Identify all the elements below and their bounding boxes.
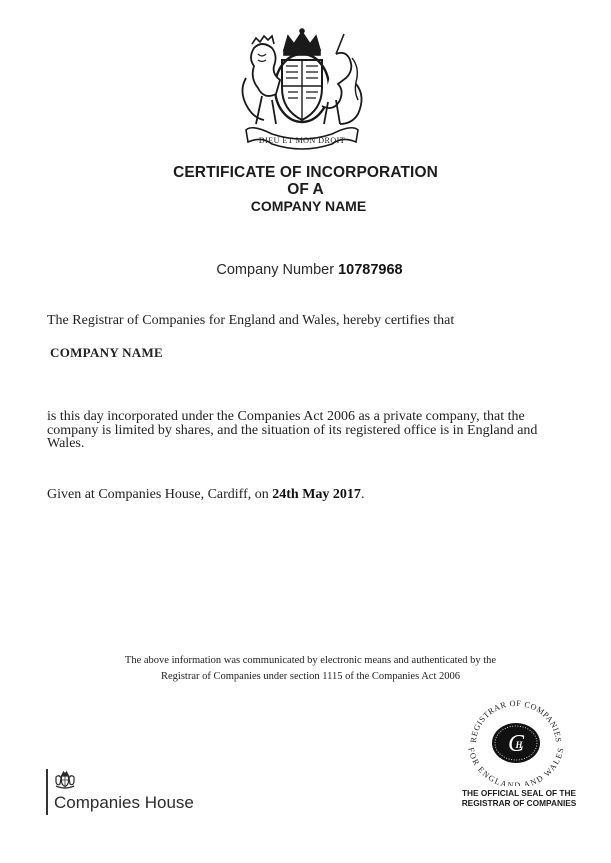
seal-caption-line-2: REGISTRAR OF COMPANIES [455,798,583,808]
svg-text:H: H [514,740,523,750]
logo-text: Companies House [54,793,194,813]
given-statement: Given at Companies House, Cardiff, on 24… [47,487,364,503]
company-number: Company Number 10787968 [0,262,611,278]
royal-coat-of-arms-icon: DIEU ET MON DROIT [232,28,372,152]
given-suffix: . [361,487,365,502]
authentication-note: The above information was communicated b… [0,653,611,685]
incorporation-date: 24th May 2017 [272,487,361,502]
certificate-title: CERTIFICATE OF INCORPORATION OF A COMPAN… [0,164,611,215]
note-line-2: Registrar of Companies under section 111… [5,669,611,685]
registrar-seal-icon: REGISTRAR OF COMPANIES FOR ENGLAND AND W… [466,700,566,786]
title-line-2: OF A [0,181,611,198]
logo-divider [46,769,48,815]
svg-text:DIEU ET MON DROIT: DIEU ET MON DROIT [259,136,345,145]
seal-caption-line-1: THE OFFICIAL SEAL OF THE [455,788,583,798]
company-number-value: 10787968 [338,262,403,278]
given-prefix: Given at Companies House, Cardiff, on [47,487,272,502]
incorporation-statement: is this day incorporated under the Compa… [47,410,567,451]
company-number-label: Company Number [216,262,334,278]
title-line-1: CERTIFICATE OF INCORPORATION [0,164,611,181]
royal-crest-small-icon [54,771,76,789]
title-company-name: COMPANY NAME [6,198,611,215]
note-line-1: The above information was communicated b… [5,653,611,669]
company-name: COMPANY NAME [50,345,163,361]
certifies-statement: The Registrar of Companies for England a… [47,313,454,329]
seal-caption: THE OFFICIAL SEAL OF THE REGISTRAR OF CO… [455,788,583,808]
